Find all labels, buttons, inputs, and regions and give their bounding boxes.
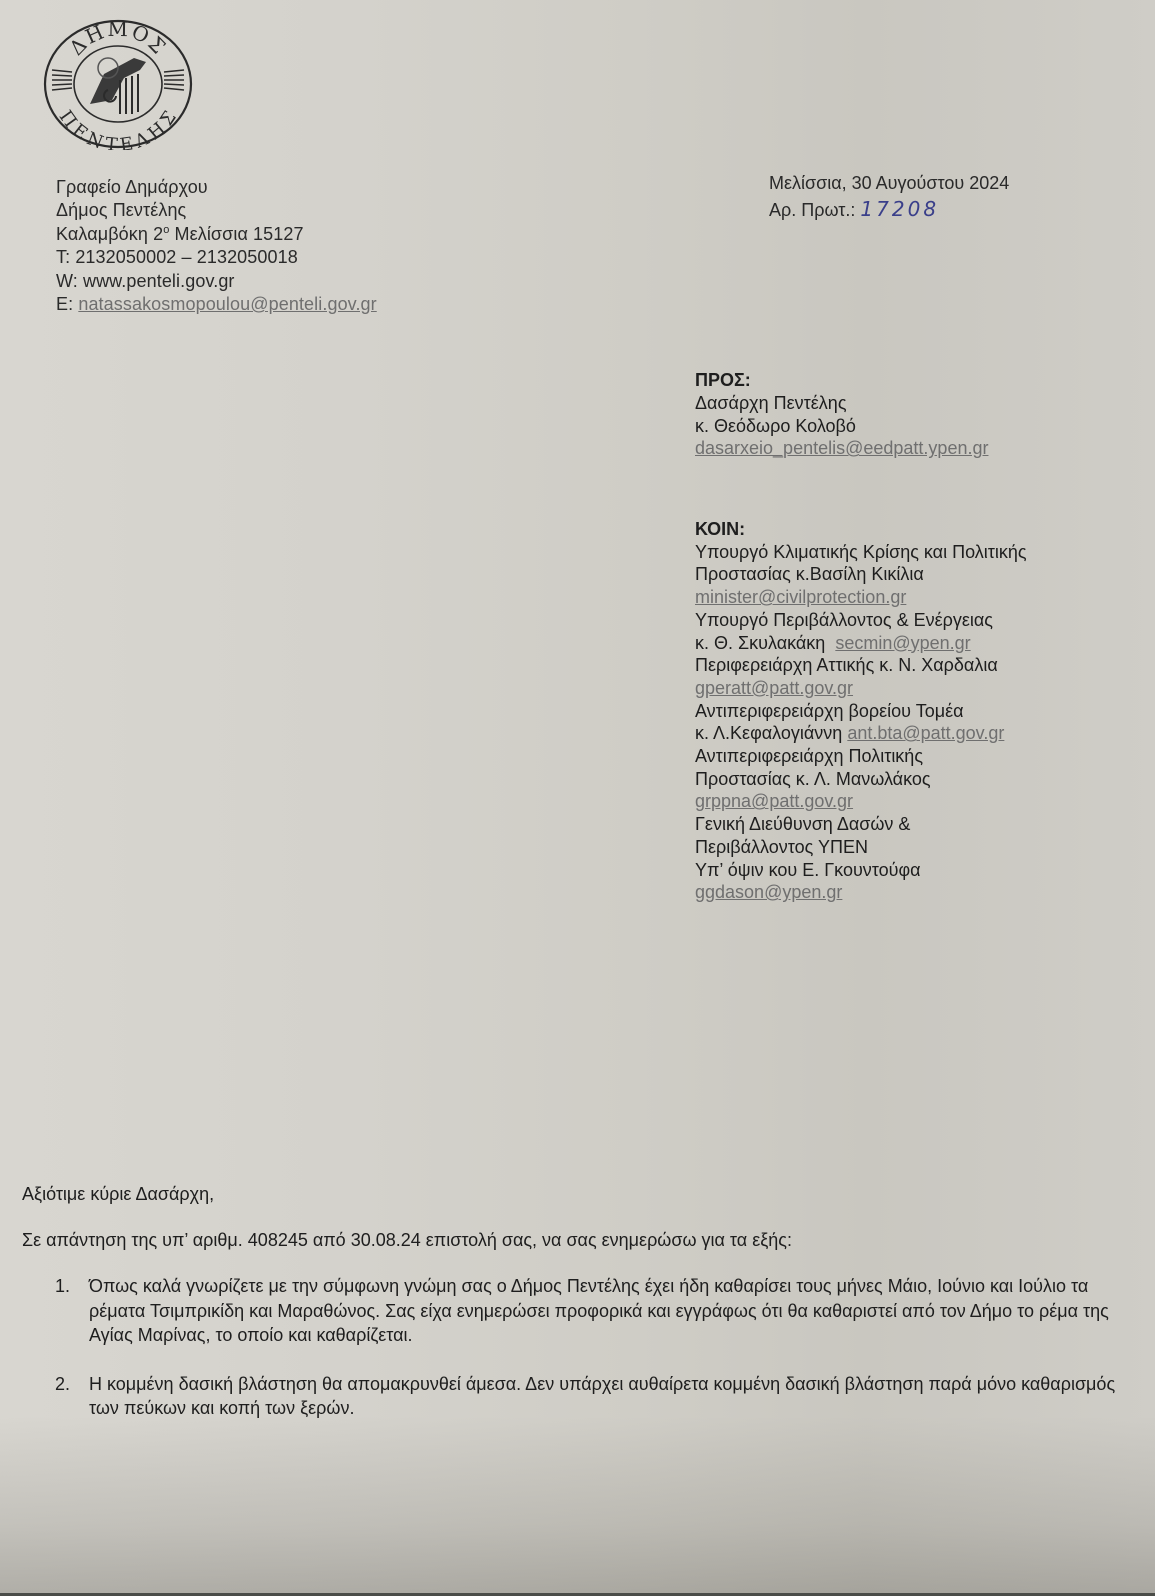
website-link[interactable]: www.penteli.gov.gr [83, 271, 235, 291]
handwritten-protocol-number: 17208 [860, 197, 939, 221]
sender-office: Γραφείο Δημάρχου [56, 176, 377, 199]
cc-line: Αντιπεριφερειάρχη Πολιτικής [695, 745, 1027, 768]
cc-email-link[interactable]: gperatt@patt.gov.gr [695, 678, 853, 698]
point-text: Όπως καλά γνωρίζετε με την σύμφωνη γνώμη… [89, 1276, 1109, 1345]
sender-municipality: Δήμος Πεντέλης [56, 199, 377, 222]
cc-line: Υπουργό Κλιματικής Κρίσης και Πολιτικής [695, 541, 1027, 564]
protocol-number: Αρ. Πρωτ.: 17208 [769, 196, 1009, 223]
point-number: 1. [55, 1274, 70, 1299]
cc-email-link[interactable]: secmin@ypen.gr [835, 633, 970, 653]
sender-address: Καλαμβόκη 2ο Μελίσσια 15127 [56, 223, 377, 246]
cc-line: Περιβάλλοντος ΥΠΕΝ [695, 836, 1027, 859]
cc-line: Υπουργό Περιβάλλοντος & Ενέργειας [695, 609, 1027, 632]
to-header: ΠΡΟΣ: [695, 369, 988, 392]
cc-line: Γενική Διεύθυνση Δασών & [695, 813, 1027, 836]
municipality-seal-logo: ΔΗΜΟΣ ΠΕΝΤΕΛΗΣ [42, 18, 194, 150]
to-email-link[interactable]: dasarxeio_pentelis@eedpatt.ypen.gr [695, 438, 988, 458]
cc-line: Αντιπεριφερειάρχη βορείου Τομέα [695, 700, 1027, 723]
point-item: 1. Όπως καλά γνωρίζετε με την σύμφωνη γν… [22, 1274, 1147, 1348]
cc-email-link[interactable]: minister@civilprotection.gr [695, 587, 906, 607]
cc-email-link[interactable]: grppna@patt.gov.gr [695, 791, 853, 811]
intro-paragraph: Σε απάντηση της υπ’ αριθμ. 408245 από 30… [22, 1228, 1147, 1252]
sender-website: W: www.penteli.gov.gr [56, 270, 377, 293]
cc-header: ΚΟΙΝ: [695, 518, 1027, 541]
cc-line: κ. Θ. Σκυλακάκη secmin@ypen.gr [695, 632, 1027, 655]
salutation: Αξιότιμε κύριε Δασάρχη, [22, 1182, 1147, 1206]
svg-text:ΠΕΝΤΕΛΗΣ: ΠΕΝΤΕΛΗΣ [55, 107, 182, 150]
sender-phone: T: 2132050002 – 2132050018 [56, 246, 377, 269]
to-line: Δασάρχη Πεντέλης [695, 392, 988, 415]
place-date: Μελίσσια, 30 Αυγούστου 2024 [769, 170, 1009, 196]
sender-email-link[interactable]: natassakosmopoulou@penteli.gov.gr [78, 294, 376, 314]
sender-address-block: Γραφείο Δημάρχου Δήμος Πεντέλης Καλαμβόκ… [56, 176, 377, 316]
cc-line: Προστασίας κ. Λ. Μανωλάκος [695, 768, 1027, 791]
cc-email-link[interactable]: ggdason@ypen.gr [695, 882, 842, 902]
cc-line: Περιφερειάρχη Αττικής κ. Ν. Χαρδαλια [695, 654, 1027, 677]
svg-text:ΔΗΜΟΣ: ΔΗΜΟΣ [64, 18, 171, 60]
municipality-seal-icon: ΔΗΜΟΣ ΠΕΝΤΕΛΗΣ [42, 18, 194, 150]
point-text: Η κομμένη δασική βλάστηση θα απομακρυνθε… [89, 1374, 1115, 1419]
sender-email: E: natassakosmopoulou@penteli.gov.gr [56, 293, 377, 316]
letter-body: Αξιότιμε κύριε Δασάρχη, Σε απάντηση της … [22, 1182, 1147, 1445]
cc-line: Προστασίας κ.Βασίλη Κικίλια [695, 563, 1027, 586]
to-line: κ. Θεόδωρο Κολοβό [695, 415, 988, 438]
cc-email-link[interactable]: ant.bta@patt.gov.gr [847, 723, 1004, 743]
cc-recipients: ΚΟΙΝ: Υπουργό Κλιματικής Κρίσης και Πολι… [695, 518, 1027, 904]
cc-line: κ. Λ.Κεφαλογιάννη ant.bta@patt.gov.gr [695, 722, 1027, 745]
point-item: 2. Η κομμένη δασική βλάστηση θα απομακρυ… [22, 1372, 1147, 1421]
to-recipients: ΠΡΟΣ: Δασάρχη Πεντέλης κ. Θεόδωρο Κολοβό… [695, 369, 988, 460]
numbered-points: 1. Όπως καλά γνωρίζετε με την σύμφωνη γν… [22, 1274, 1147, 1421]
point-number: 2. [55, 1372, 70, 1397]
date-protocol-block: Μελίσσια, 30 Αυγούστου 2024 Αρ. Πρωτ.: 1… [769, 170, 1009, 223]
cc-line: Υπ’ όψιν κου Ε. Γκουντούφα [695, 859, 1027, 882]
